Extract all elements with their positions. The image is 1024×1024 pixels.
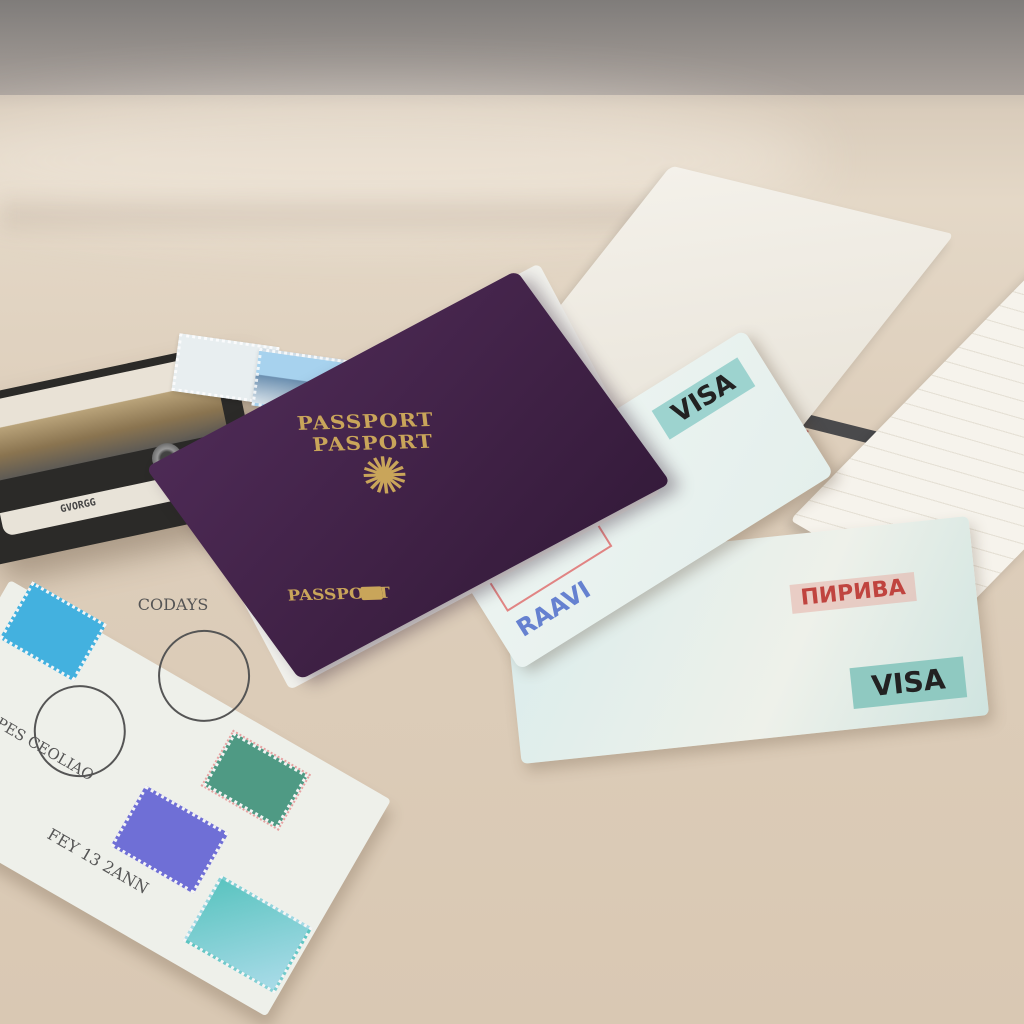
photo-scene: GVORGG CODAYS PES CEOLIAO FEY 13 2ANN ПИ…	[0, 0, 1024, 1024]
postage-stamp	[183, 875, 313, 994]
postcard-heading: CODAYS	[138, 595, 209, 614]
visa-label: VISA	[850, 656, 968, 709]
postmark-icon	[141, 613, 267, 739]
visa-red-stamp: ПИРИВА	[789, 572, 917, 614]
postage-stamp	[0, 581, 107, 681]
postage-stamp	[203, 732, 308, 828]
eagle-seal-icon: ✺	[339, 447, 430, 506]
biometric-chip-icon	[360, 586, 383, 600]
background-wall	[0, 0, 1024, 95]
